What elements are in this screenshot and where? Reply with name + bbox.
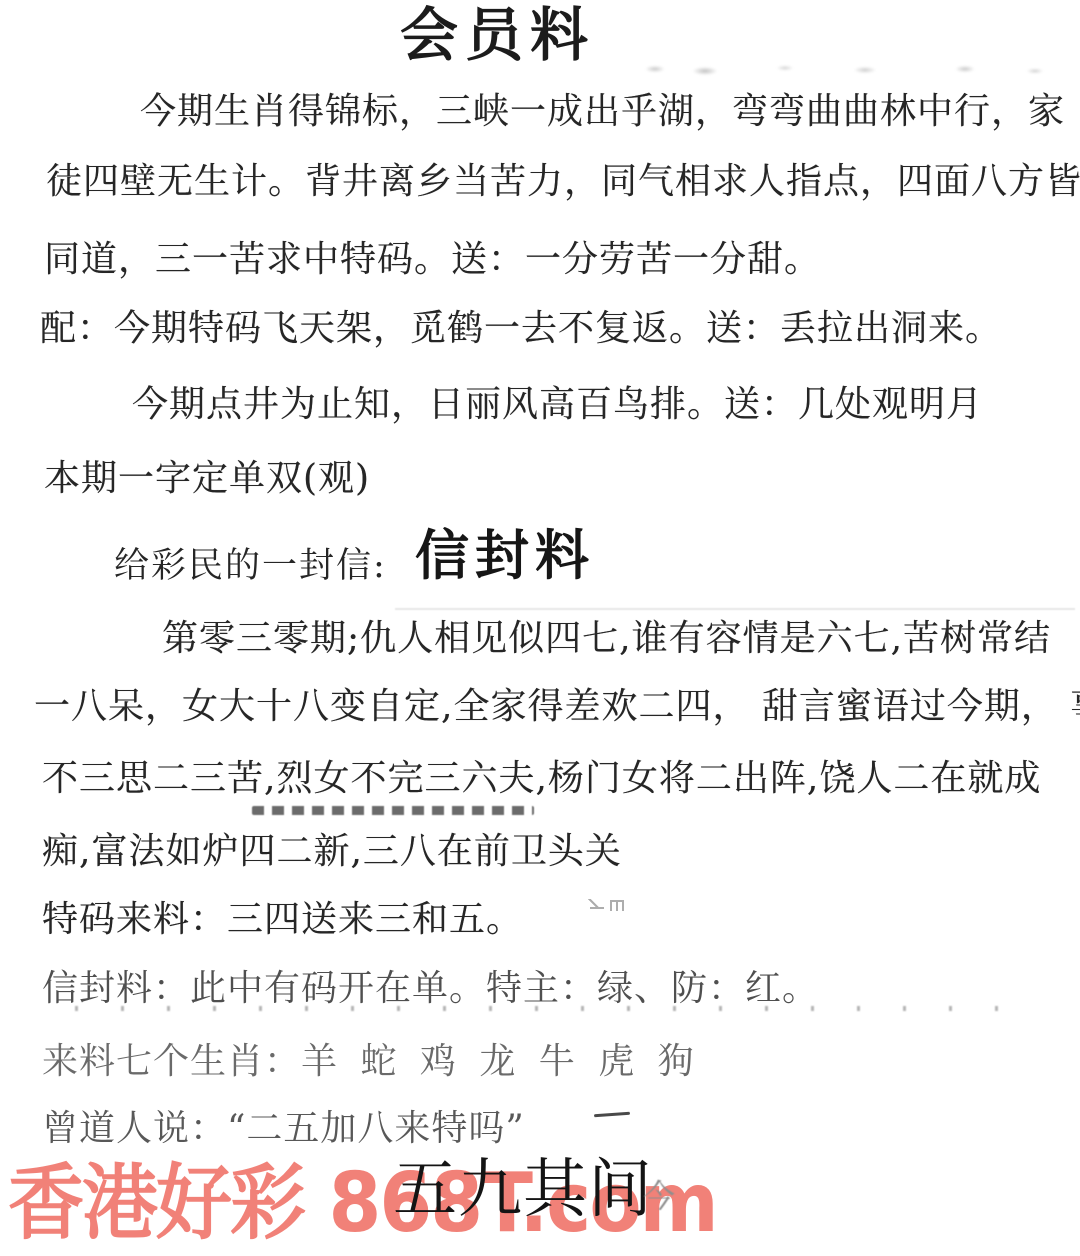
scan-faint-line	[395, 608, 1075, 610]
envelope-text-line: 第零三零期;仇人相见似四七,谁有容情是六七,苦树常结	[162, 621, 1051, 657]
envelope-text-line: 曾道人说：“二五加八来特吗”	[42, 1111, 525, 1147]
member-text-line: 徒四壁无生计。背井离乡当苦力，同气相求人指点，四面八方皆	[46, 164, 1080, 200]
envelope-text-line: 痴,富法如炉四二新,三八在前卫头关	[42, 834, 622, 870]
envelope-section-title: 信封料	[415, 528, 595, 582]
member-section-title: 会员料	[400, 6, 595, 64]
member-text-line: 今期点井为止知，日丽风高百鸟排。送：几处观明月	[132, 387, 983, 423]
scan-smudge	[635, 60, 1065, 78]
envelope-intro-label: 给彩民的一封信:	[114, 549, 387, 584]
footer-handwritten-text: 五九其间	[393, 1158, 653, 1222]
scan-speck-row	[75, 1006, 1005, 1011]
scan-clipped-text-artifact	[252, 806, 534, 815]
member-text-line: 今期生肖得锦标，三峡一成出乎湖，弯弯曲曲林中行，家	[140, 94, 1065, 130]
scan-small-mark	[588, 897, 628, 913]
stray-dash-stroke	[594, 1112, 630, 1118]
envelope-text-line: 不三思二三苦,烈女不完三六夫,杨门女将二出阵,饶人二在就成	[42, 761, 1041, 797]
member-text-line: 同道，三一苦求中特码。送：一分劳苦一分甜。	[44, 242, 821, 278]
footer-faint-mark: 今	[643, 1180, 675, 1212]
member-text-line: 本期一字定单双(观)	[44, 461, 370, 497]
zodiac-tip-line: 来料七个生肖：羊 蛇 鸡 龙 牛 虎 狗	[42, 1044, 695, 1080]
envelope-text-line: 特码来料：三四送来三和五。	[42, 902, 523, 938]
member-text-line: 配：今期特码飞天架，觅鹤一去不复返。送：丢拉出洞来。	[40, 311, 1002, 347]
envelope-text-line: 一八呆，女大十八变自定,全家得差欢二四， 甜言蜜语过今期， 事	[34, 689, 1080, 725]
scanned-tip-sheet: 会员料 今期生肖得锦标，三峡一成出乎湖，弯弯曲曲林中行，家 徒四壁无生计。背井离…	[0, 0, 1080, 1256]
envelope-text-line: 信封料：此中有码开在单。特主：绿、防：红。	[42, 971, 819, 1007]
